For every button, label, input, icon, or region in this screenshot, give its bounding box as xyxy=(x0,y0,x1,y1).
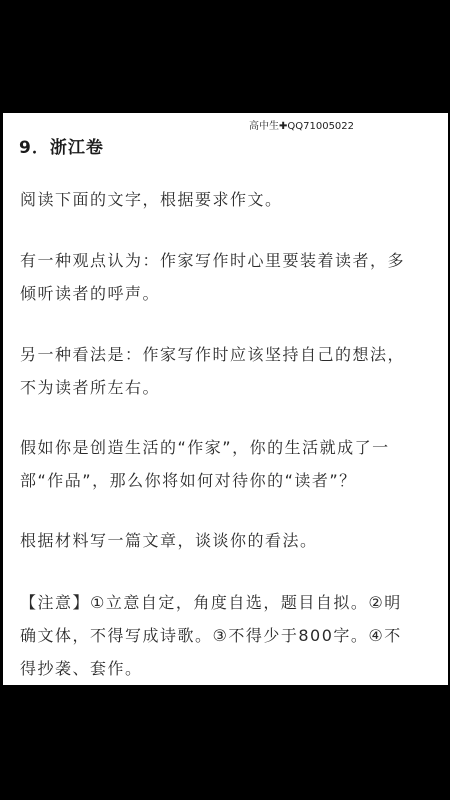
text-line: 倾听读者的呼声。 xyxy=(20,277,440,310)
screen: 高中生✚QQ71005022 9．浙江卷 阅读下面的文字，根据要求作文。 有一种… xyxy=(0,0,450,800)
text-line: 假如你是创造生活的“作家”，你的生活就成了一 xyxy=(20,431,440,464)
text-line: 【注意】①立意自定，角度自选，题目自拟。②明 xyxy=(20,586,440,619)
viewpoint-one-paragraph: 有一种观点认为：作家写作时心里要装着读者，多 倾听读者的呼声。 xyxy=(20,244,440,310)
viewpoint-two-paragraph: 另一种看法是：作家写作时应该坚持自己的想法， 不为读者所左右。 xyxy=(20,338,440,404)
notes-paragraph: 【注意】①立意自定，角度自选，题目自拟。②明 确文体，不得写成诗歌。③不得少于8… xyxy=(20,586,440,685)
instruction-paragraph: 阅读下面的文字，根据要求作文。 xyxy=(20,183,440,216)
text-line: 确文体，不得写成诗歌。③不得少于800字。④不 xyxy=(20,619,440,652)
question-title: 9．浙江卷 xyxy=(19,133,104,158)
text-line: 有一种观点认为：作家写作时心里要装着读者，多 xyxy=(20,244,440,277)
text-line: 不为读者所左右。 xyxy=(20,371,440,404)
text-line: 根据材料写一篇文章，谈谈你的看法。 xyxy=(20,524,440,557)
text-line: 另一种看法是：作家写作时应该坚持自己的想法， xyxy=(20,338,440,371)
task-paragraph: 根据材料写一篇文章，谈谈你的看法。 xyxy=(20,524,440,557)
watermark: 高中生✚QQ71005022 xyxy=(249,117,354,132)
text-line: 阅读下面的文字，根据要求作文。 xyxy=(20,183,440,216)
hypothesis-paragraph: 假如你是创造生活的“作家”，你的生活就成了一 部“作品”，那么你将如何对待你的“… xyxy=(20,431,440,497)
text-line: 得抄袭、套作。 xyxy=(20,652,440,685)
text-line: 部“作品”，那么你将如何对待你的“读者”？ xyxy=(20,464,440,497)
document-page: 高中生✚QQ71005022 9．浙江卷 阅读下面的文字，根据要求作文。 有一种… xyxy=(3,113,448,685)
